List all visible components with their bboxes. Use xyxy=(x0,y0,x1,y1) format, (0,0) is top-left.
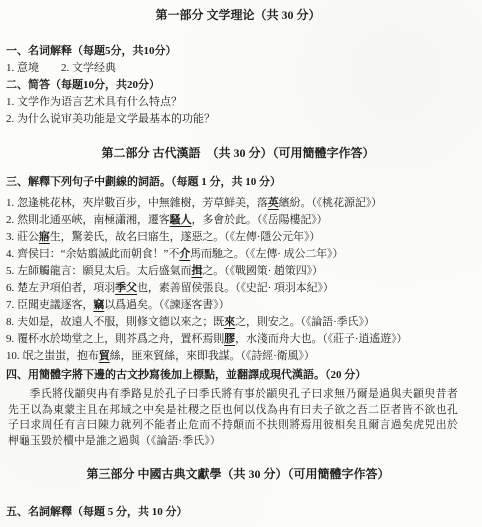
exam-item: 3.莊公寤生，驚姜氏，故名曰寤生，遂惡之。（《左傳·隱公元年》） xyxy=(6,229,470,246)
underlined-word: 介 xyxy=(179,248,190,260)
item-text: 臣聞吏議逐客， xyxy=(17,299,93,311)
section5-title: 五、名詞解釋（每題 5 分，共 10 分） xyxy=(6,504,470,521)
section3-title: 三、解釋下列句子中劃線的詞語。（每題 1 分，共 10 分） xyxy=(6,174,470,191)
item-number: 6. xyxy=(6,282,14,294)
item-text: 繽紛。（《桃花源記》） xyxy=(279,197,382,209)
item-number: 7. xyxy=(6,299,14,311)
item-text: 之，則安之。（《論語·季氏》） xyxy=(235,316,375,328)
item-number: 3. xyxy=(6,231,14,243)
exam-item: 1.忽逢桃花林，夾岸數百步，中無雜樹，芳草鮮美，落英繽紛。（《桃花源記》） xyxy=(6,195,470,212)
item-text: ，水淺而舟大也。（《莊子·逍遙遊》） xyxy=(235,333,407,345)
exam-item: 8.夫如是，故遠人不服，則修文德以來之；既來之，則安之。（《論語·季氏》） xyxy=(6,314,470,331)
section2-question-1: 1. 文学作为语言艺术具有什么特点？ xyxy=(6,94,470,111)
classical-passage: 季氏將伐顓臾冉有季路見於孔子曰季氏將有事於顓臾孔子曰求無乃爾是過與夫顓臾昔者先王… xyxy=(8,387,458,449)
exam-item: 5.左師觸龍言：願見太后。太后盛氣而揖之。（《戰國策· 趙策四》） xyxy=(6,263,470,280)
section1-terms-line: 1. 意境 2. 文学经典 xyxy=(6,60,470,77)
underlined-word-items-list: 1.忽逢桃花林，夾岸數百步，中無雜樹，芳草鮮美，落英繽紛。（《桃花源記》）2.然… xyxy=(6,195,470,365)
item-text: 絲，匪來貿絲，來即我謀。（《詩經·衛風》） xyxy=(110,350,315,362)
section1-title: 一、名词解释（每题5分，共10分） xyxy=(6,43,470,60)
section2-title: 二、简答（每题10分，共20分） xyxy=(6,77,470,94)
item-text: 生，驚姜氏，故名曰寤生，遂惡之。（《左傳·隱公元年》） xyxy=(50,231,320,243)
item-text: 左師觸龍言：願見太后。太后盛氣而 xyxy=(17,265,191,277)
exam-item: 7.臣聞吏議逐客，竊以爲過矣。（《諫逐客書》） xyxy=(6,297,470,314)
item-number: 1. xyxy=(6,197,14,209)
exam-item: 10.氓之蚩蚩，抱布貿絲，匪來貿絲，來即我謀。（《詩經·衛風》） xyxy=(6,348,470,365)
item-text: 忽逢桃花林，夾岸數百步，中無雜樹，芳草鮮美，落 xyxy=(17,197,268,209)
section4-title: 四、用簡體字將下邊的古文抄寫後加上標點，並翻譯成現代漢語。（20 分） xyxy=(6,367,470,383)
item-text: 以爲過矣。（《諫逐客書》） xyxy=(104,299,229,311)
exam-item: 2.然則北通巫峽，南極瀟湘，遷客騷人，多會於此。（《岳陽樓記》） xyxy=(6,212,470,229)
exam-item: 9.覆杯水於坳堂之上，則芥爲之舟，置杯焉則膠，水淺而舟大也。（《莊子·逍遙遊》） xyxy=(6,331,470,348)
underlined-word: 季父 xyxy=(115,282,137,294)
part3-heading: 第三部分 中國古典文獻學（共 30 分）（可用簡體字作答） xyxy=(6,467,470,482)
item-text: 莊公 xyxy=(17,231,39,243)
underlined-word: 騷人 xyxy=(170,214,192,226)
item-text: 齊侯曰：“余姑翦滅此而朝食！”不 xyxy=(17,248,179,260)
underlined-word: 揖 xyxy=(191,265,202,277)
underlined-word: 膠 xyxy=(224,333,235,345)
exam-item: 4.齊侯曰：“余姑翦滅此而朝食！”不介馬而馳之。（《左傳· 成公二年》） xyxy=(6,246,470,263)
exam-paper-page: 第一部分 文学理论（共 30 分） 一、名词解释（每题5分，共10分） 1. 意… xyxy=(0,0,482,527)
underlined-word: 貿 xyxy=(99,350,110,362)
item-number: 9. xyxy=(6,333,14,345)
item-text: ，多會於此。（《岳陽樓記》） xyxy=(191,214,327,226)
item-text: 然則北通巫峽，南極瀟湘，遷客 xyxy=(17,214,170,226)
underlined-word: 寤 xyxy=(39,231,50,243)
item-text: 馬而馳之。（《左傳· 成公二年》） xyxy=(190,248,343,260)
item-text: 氓之蚩蚩，抱布 xyxy=(22,350,98,362)
item-number: 2. xyxy=(6,214,14,226)
part2-heading: 第二部分 古代漢語 （共 30 分）（可用簡體字作答） xyxy=(6,146,470,161)
item-text: 覆杯水於坳堂之上，則芥爲之舟，置杯焉則 xyxy=(17,333,224,345)
item-text: 之。（《戰國策· 趙策四》） xyxy=(202,265,323,277)
item-text: 楚左尹項伯者，項羽 xyxy=(17,282,115,294)
underlined-word: 來 xyxy=(224,316,235,328)
item-number: 5. xyxy=(6,265,14,277)
item-text: 也，素善留侯張良。（《史記· 項羽本紀》） xyxy=(137,282,334,294)
item-number: 4. xyxy=(6,248,14,260)
item-number: 8. xyxy=(6,316,14,328)
underlined-word: 英 xyxy=(268,197,279,209)
underlined-word: 竊 xyxy=(93,299,104,311)
item-text: 夫如是，故遠人不服，則修文德以來之；既 xyxy=(17,316,224,328)
part1-heading: 第一部分 文学理论（共 30 分） xyxy=(6,8,470,23)
section2-question-2: 2. 为什么说审美功能是文学最基本的功能？ xyxy=(6,111,470,128)
exam-item: 6.楚左尹項伯者，項羽季父也，素善留侯張良。（《史記· 項羽本紀》） xyxy=(6,280,470,297)
item-number: 10. xyxy=(6,350,19,362)
